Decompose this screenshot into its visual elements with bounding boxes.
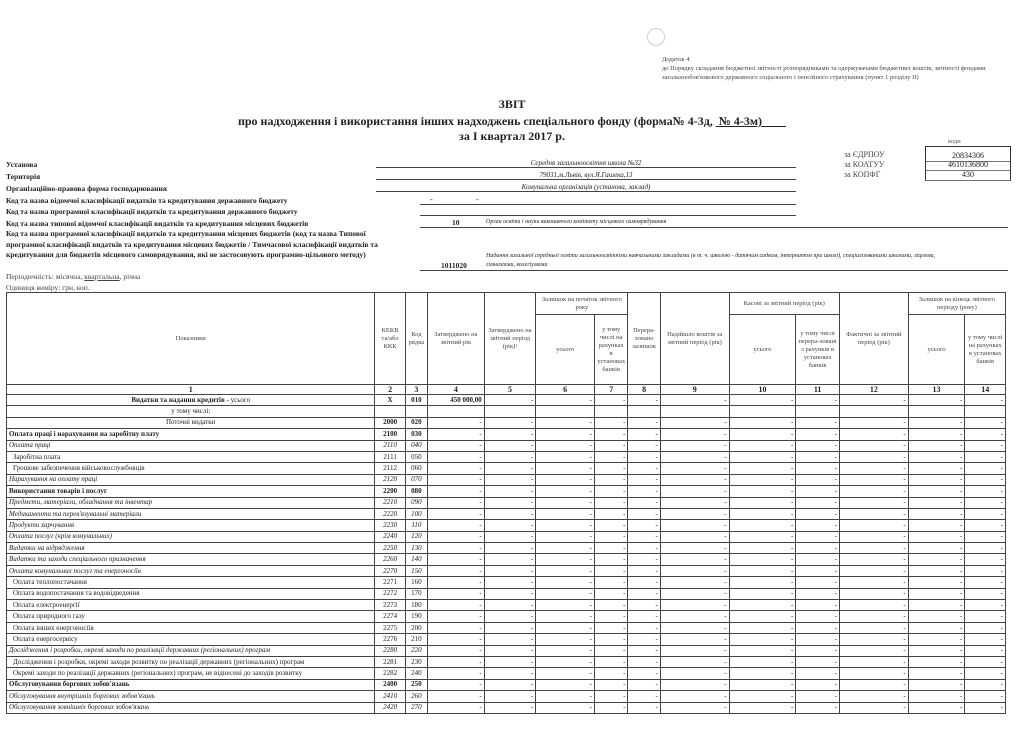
- row-value-col-8: -: [628, 508, 660, 519]
- row-value-col-5: -: [484, 395, 536, 406]
- row-approved-year: -: [428, 554, 485, 565]
- column-number: 3: [405, 385, 427, 395]
- row-value-col-14: -: [965, 656, 1006, 667]
- row-value-col-10: -: [729, 451, 796, 462]
- row-value-col-5: -: [484, 554, 536, 565]
- table-row: Оплата енергосервісу2276210-----------: [7, 634, 1006, 645]
- row-value-col-6: [536, 406, 595, 417]
- row-value-col-11: -: [796, 429, 840, 440]
- row-value-col-10: -: [729, 588, 796, 599]
- row-value-col-8: -: [628, 429, 660, 440]
- row-kekv: 2200: [375, 486, 405, 497]
- row-value-col-5: [484, 406, 536, 417]
- row-value-col-14: -: [965, 486, 1006, 497]
- row-kekv: 2281: [375, 656, 405, 667]
- row-value-col-13: -: [908, 691, 965, 702]
- row-value-col-9: -: [660, 656, 729, 667]
- row-indicator-name: Нарахування на оплату праці: [7, 474, 375, 485]
- row-indicator-name: Видатки на відрядження: [7, 543, 375, 554]
- row-value-col-7: -: [595, 508, 628, 519]
- code-kopfg: за КОПФГ 430: [844, 170, 1009, 180]
- row-value-col-11: -: [796, 588, 840, 599]
- report-subtitle-text: про надходження і використання інших над…: [238, 114, 713, 128]
- row-value-col-11: -: [796, 440, 840, 451]
- row-value-col-11: -: [796, 611, 840, 622]
- row-value-col-12: -: [839, 440, 908, 451]
- row-value-col-7: -: [595, 520, 628, 531]
- row-value-col-6: -: [536, 577, 595, 588]
- codes-box: за ЄДРПОУ 20834306 за КОАТУУ 4610136800 …: [844, 150, 1009, 180]
- row-value-col-9: [660, 406, 729, 417]
- row-value-col-11: -: [796, 645, 840, 656]
- row-approved-year: -: [428, 645, 485, 656]
- row-value-col-13: -: [908, 577, 965, 588]
- row-code: 190: [405, 611, 427, 622]
- row-kekv: 2220: [375, 508, 405, 519]
- row-approved-year: -: [428, 565, 485, 576]
- row-value-col-7: -: [595, 395, 628, 406]
- row-value-col-13: -: [908, 554, 965, 565]
- row-value-col-13: -: [908, 543, 965, 554]
- code-koatuu: за КОАТУУ 4610136800: [844, 160, 1009, 170]
- row-value-col-8: -: [628, 691, 660, 702]
- row-value-col-9: -: [660, 622, 729, 633]
- row-value-col-8: -: [628, 577, 660, 588]
- row-code: 170: [405, 588, 427, 599]
- row-value-col-10: -: [729, 543, 796, 554]
- row-value-col-5: -: [484, 531, 536, 542]
- header-approved-period: Затверджено на звітний період (рік)¹: [484, 293, 536, 385]
- row-value-col-13: -: [908, 531, 965, 542]
- row-value-col-13: [908, 406, 965, 417]
- row-value-col-12: -: [839, 520, 908, 531]
- column-number: 4: [428, 385, 485, 395]
- local-prog-value: Надання загальної середньої освіти загал…: [486, 252, 956, 270]
- column-number: 10: [729, 385, 796, 395]
- row-value-col-14: -: [965, 622, 1006, 633]
- table-row: Обслуговування внутрішніх боргових зобов…: [7, 691, 1006, 702]
- table-row: Поточні видатки2000020-----------: [7, 417, 1006, 428]
- row-value-col-14: -: [965, 474, 1006, 485]
- row-value-col-13: -: [908, 565, 965, 576]
- table-row: у тому числі:: [7, 406, 1006, 417]
- row-kekv: 2274: [375, 611, 405, 622]
- row-value-col-9: -: [660, 543, 729, 554]
- row-value-col-7: -: [595, 679, 628, 690]
- row-value-col-9: -: [660, 645, 729, 656]
- report-period: за І квартал 2017 р.: [0, 129, 1024, 144]
- column-number: 14: [965, 385, 1006, 395]
- territory-label: Територія: [6, 172, 40, 181]
- row-code: 260: [405, 691, 427, 702]
- report-table: Показники КЕКВ та/або ККК Код рядка Затв…: [6, 292, 1006, 714]
- row-value-col-11: -: [796, 543, 840, 554]
- row-value-col-10: -: [729, 440, 796, 451]
- row-kekv: 2282: [375, 668, 405, 679]
- row-value-col-7: -: [595, 600, 628, 611]
- row-value-col-12: -: [839, 702, 908, 713]
- row-value-col-13: -: [908, 679, 965, 690]
- row-indicator-name: Оплата природного газу: [7, 611, 375, 622]
- row-kekv: 2276: [375, 634, 405, 645]
- row-indicator-name: Використання товарів і послуг: [7, 486, 375, 497]
- row-code: 120: [405, 531, 427, 542]
- header-start-total: усього: [536, 315, 595, 385]
- row-code: 070: [405, 474, 427, 485]
- row-code: 150: [405, 565, 427, 576]
- row-indicator-name: у тому числі:: [7, 406, 375, 417]
- row-value-col-5: -: [484, 691, 536, 702]
- row-value-col-7: -: [595, 668, 628, 679]
- row-value-col-5: -: [484, 508, 536, 519]
- row-code: 220: [405, 645, 427, 656]
- row-code: 210: [405, 634, 427, 645]
- row-value-col-10: -: [729, 463, 796, 474]
- row-value-col-9: -: [660, 451, 729, 462]
- row-value-col-14: -: [965, 429, 1006, 440]
- row-kekv: 2100: [375, 429, 405, 440]
- row-value-col-12: -: [839, 577, 908, 588]
- column-number: 13: [908, 385, 965, 395]
- row-approved-year: -: [428, 691, 485, 702]
- row-value-col-12: -: [839, 622, 908, 633]
- row-value-col-9: -: [660, 497, 729, 508]
- row-value-col-7: -: [595, 622, 628, 633]
- row-value-col-11: -: [796, 679, 840, 690]
- row-code: 020: [405, 417, 427, 428]
- row-code: 060: [405, 463, 427, 474]
- table-row: Оплата праці2110040-----------: [7, 440, 1006, 451]
- row-approved-year: -: [428, 451, 485, 462]
- punch-hole-mark: [647, 28, 665, 46]
- row-value-col-14: -: [965, 497, 1006, 508]
- row-value-col-5: -: [484, 588, 536, 599]
- table-row: Дослідження і розробки, окремі заходи ро…: [7, 656, 1006, 667]
- row-approved-year: -: [428, 497, 485, 508]
- row-value-col-7: -: [595, 463, 628, 474]
- row-value-col-6: -: [536, 486, 595, 497]
- row-value-col-10: -: [729, 702, 796, 713]
- row-value-col-5: -: [484, 474, 536, 485]
- row-code: 240: [405, 668, 427, 679]
- row-indicator-name: Продукти харчування: [7, 520, 375, 531]
- row-value-col-6: -: [536, 565, 595, 576]
- row-value-col-6: -: [536, 702, 595, 713]
- row-kekv: X: [375, 395, 405, 406]
- row-value-col-14: -: [965, 463, 1006, 474]
- row-approved-year: -: [428, 679, 485, 690]
- row-value-col-9: -: [660, 679, 729, 690]
- table-row: Видатки та надання кредитів - усьогоX010…: [7, 395, 1006, 406]
- row-value-col-6: -: [536, 611, 595, 622]
- row-value-col-5: -: [484, 451, 536, 462]
- row-value-col-12: -: [839, 588, 908, 599]
- row-value-col-14: -: [965, 600, 1006, 611]
- row-value-col-10: -: [729, 508, 796, 519]
- row-value-col-14: -: [965, 577, 1006, 588]
- column-number: 8: [628, 385, 660, 395]
- row-value-col-5: -: [484, 543, 536, 554]
- row-approved-year: -: [428, 429, 485, 440]
- column-number: 7: [595, 385, 628, 395]
- row-indicator-name: Оплата комунальних послуг та енергоносії…: [7, 565, 375, 576]
- row-value-col-11: -: [796, 520, 840, 531]
- row-indicator-name: Оплата електроенергії: [7, 600, 375, 611]
- row-value-col-14: -: [965, 395, 1006, 406]
- row-indicator-name: Оплата енергосервісу: [7, 634, 375, 645]
- row-value-col-8: -: [628, 588, 660, 599]
- row-indicator-name: Медикаменти та перев'язувальні матеріали: [7, 508, 375, 519]
- row-value-col-10: -: [729, 565, 796, 576]
- row-approved-year: -: [428, 622, 485, 633]
- row-value-col-8: -: [628, 702, 660, 713]
- column-number: 11: [796, 385, 840, 395]
- row-value-col-12: -: [839, 395, 908, 406]
- row-value-col-8: -: [628, 395, 660, 406]
- row-value-col-8: -: [628, 531, 660, 542]
- row-value-col-8: -: [628, 634, 660, 645]
- row-value-col-10: -: [729, 429, 796, 440]
- header-kekv: КЕКВ та/або ККК: [375, 293, 405, 385]
- row-approved-year: -: [428, 611, 485, 622]
- row-indicator-name: Оплата праці: [7, 440, 375, 451]
- row-value-col-14: -: [965, 691, 1006, 702]
- row-value-col-7: -: [595, 497, 628, 508]
- row-value-col-13: -: [908, 622, 965, 633]
- column-number: 9: [660, 385, 729, 395]
- row-value-col-9: -: [660, 463, 729, 474]
- row-value-col-11: -: [796, 600, 840, 611]
- row-indicator-name: Обслуговування внутрішніх боргових зобов…: [7, 691, 375, 702]
- row-value-col-8: -: [628, 463, 660, 474]
- row-value-col-7: -: [595, 531, 628, 542]
- table-row: Видатки на відрядження2250130-----------: [7, 543, 1006, 554]
- row-value-col-9: -: [660, 691, 729, 702]
- local-prog-underline: [420, 270, 1008, 271]
- row-value-col-8: -: [628, 668, 660, 679]
- row-value-col-5: -: [484, 486, 536, 497]
- row-kekv: 2230: [375, 520, 405, 531]
- row-kekv: 2410: [375, 691, 405, 702]
- row-value-col-10: -: [729, 520, 796, 531]
- row-value-col-12: -: [839, 508, 908, 519]
- row-value-col-10: -: [729, 486, 796, 497]
- row-value-col-13: -: [908, 611, 965, 622]
- row-approved-year: -: [428, 634, 485, 645]
- table-row: Дослідження і розробки, окремі заходи по…: [7, 645, 1006, 656]
- row-value-col-11: -: [796, 691, 840, 702]
- row-value-col-11: -: [796, 395, 840, 406]
- row-approved-year: -: [428, 417, 485, 428]
- row-value-col-14: -: [965, 440, 1006, 451]
- row-value-col-11: -: [796, 508, 840, 519]
- row-value-col-6: -: [536, 474, 595, 485]
- row-approved-year: 450 000,00: [428, 395, 485, 406]
- row-value-col-7: -: [595, 702, 628, 713]
- row-value-col-5: -: [484, 622, 536, 633]
- row-value-col-9: -: [660, 634, 729, 645]
- row-value-col-14: -: [965, 543, 1006, 554]
- row-value-col-11: -: [796, 577, 840, 588]
- row-value-col-9: -: [660, 440, 729, 451]
- row-value-col-14: -: [965, 565, 1006, 576]
- row-value-col-12: -: [839, 486, 908, 497]
- row-value-col-12: -: [839, 691, 908, 702]
- row-value-col-10: -: [729, 634, 796, 645]
- table-row: Оплата теплопостачання2271160-----------: [7, 577, 1006, 588]
- row-value-col-9: -: [660, 554, 729, 565]
- row-value-col-13: -: [908, 600, 965, 611]
- row-value-col-7: -: [595, 440, 628, 451]
- row-value-col-11: -: [796, 531, 840, 542]
- row-value-col-8: -: [628, 451, 660, 462]
- row-value-col-7: -: [595, 691, 628, 702]
- prog-class-label: Код та назва програмної класифікації вид…: [6, 207, 298, 216]
- table-row: Оплата природного газу2274190-----------: [7, 611, 1006, 622]
- row-value-col-13: -: [908, 588, 965, 599]
- row-value-col-6: -: [536, 634, 595, 645]
- row-value-col-8: -: [628, 611, 660, 622]
- row-value-col-12: -: [839, 656, 908, 667]
- row-value-col-12: -: [839, 543, 908, 554]
- row-value-col-6: -: [536, 691, 595, 702]
- row-approved-year: -: [428, 702, 485, 713]
- row-value-col-11: -: [796, 451, 840, 462]
- row-value-col-11: -: [796, 668, 840, 679]
- header-actual: Фактичні за звітний період (рік): [839, 293, 908, 385]
- periodicity-selected: квартальна: [84, 272, 119, 281]
- row-value-col-13: -: [908, 634, 965, 645]
- row-kekv: 2400: [375, 679, 405, 690]
- row-value-col-8: -: [628, 645, 660, 656]
- row-value-col-5: -: [484, 520, 536, 531]
- row-code: 040: [405, 440, 427, 451]
- row-value-col-5: -: [484, 577, 536, 588]
- row-value-col-13: -: [908, 474, 965, 485]
- row-value-col-9: -: [660, 508, 729, 519]
- row-code: 030: [405, 429, 427, 440]
- row-value-col-9: -: [660, 395, 729, 406]
- table-row: Окремі заходи по реалізації державних (р…: [7, 668, 1006, 679]
- row-kekv: 2110: [375, 440, 405, 451]
- row-value-col-13: -: [908, 486, 965, 497]
- row-indicator-name: Оплата послуг (крім комунальних): [7, 531, 375, 542]
- row-value-col-8: -: [628, 440, 660, 451]
- legal-form-label: Організаційно-правова форма господарюван…: [6, 184, 167, 193]
- row-value-col-7: -: [595, 577, 628, 588]
- row-value-col-10: -: [729, 497, 796, 508]
- row-indicator-name: Грошове забезпечення військовослужбовців: [7, 463, 375, 474]
- row-value-col-6: -: [536, 600, 595, 611]
- row-approved-year: -: [428, 440, 485, 451]
- row-approved-year: -: [428, 520, 485, 531]
- row-indicator-name: Обслуговування боргових зобов'язань: [7, 679, 375, 690]
- row-value-col-6: -: [536, 429, 595, 440]
- row-value-col-9: -: [660, 588, 729, 599]
- table-row: Продукти харчування2230110-----------: [7, 520, 1006, 531]
- row-indicator-name: Поточні видатки: [7, 417, 375, 428]
- row-value-col-5: -: [484, 679, 536, 690]
- row-value-col-8: -: [628, 679, 660, 690]
- row-value-col-14: -: [965, 702, 1006, 713]
- row-value-col-13: -: [908, 417, 965, 428]
- row-value-col-8: -: [628, 543, 660, 554]
- row-kekv: 2275: [375, 622, 405, 633]
- row-value-col-9: -: [660, 520, 729, 531]
- table-row: Видатки та заходи спеціального призначен…: [7, 554, 1006, 565]
- row-value-col-10: -: [729, 679, 796, 690]
- row-code: 080: [405, 486, 427, 497]
- row-indicator-name: Оплата водопостачання та водовідведення: [7, 588, 375, 599]
- column-numbers-row: 1234567891011121314: [7, 385, 1006, 395]
- row-value-col-13: -: [908, 440, 965, 451]
- table-row: Оплата послуг (крім комунальних)2240120-…: [7, 531, 1006, 542]
- row-value-col-6: -: [536, 531, 595, 542]
- annex-text: до Порядку складання бюджетної звітності…: [662, 64, 1012, 82]
- header-transferred: Перера-ховано залишок: [628, 293, 660, 385]
- local-prog-code: 1011020: [441, 261, 467, 270]
- row-approved-year: -: [428, 486, 485, 497]
- row-value-col-5: -: [484, 702, 536, 713]
- row-value-col-12: -: [839, 497, 908, 508]
- row-code: 100: [405, 508, 427, 519]
- table-row: Оплата комунальних послуг та енергоносії…: [7, 565, 1006, 576]
- row-indicator-name: Заробітна плата: [7, 451, 375, 462]
- row-value-col-11: [796, 406, 840, 417]
- territory-value: 79031,м.Львів, вул.Я.Гашека,13: [376, 171, 796, 180]
- row-value-col-14: -: [965, 520, 1006, 531]
- row-value-col-6: -: [536, 451, 595, 462]
- header-balance-start: Залишок на початок звітного року: [536, 293, 628, 315]
- row-value-col-6: -: [536, 679, 595, 690]
- row-approved-year: -: [428, 668, 485, 679]
- row-value-col-12: -: [839, 611, 908, 622]
- row-code: 180: [405, 600, 427, 611]
- row-indicator-name: Предмети, матеріали, обладнання та інвен…: [7, 497, 375, 508]
- row-approved-year: -: [428, 600, 485, 611]
- row-value-col-5: -: [484, 497, 536, 508]
- row-kekv: 2260: [375, 554, 405, 565]
- report-title: ЗВІТ: [0, 97, 1024, 112]
- row-value-col-8: -: [628, 565, 660, 576]
- code-edrpou: за ЄДРПОУ 20834306: [844, 150, 1009, 160]
- row-value-col-14: [965, 406, 1006, 417]
- row-code: [405, 406, 427, 417]
- row-kekv: 2210: [375, 497, 405, 508]
- row-kekv: 2270: [375, 565, 405, 576]
- row-approved-year: -: [428, 543, 485, 554]
- dept-class-label: Код та назва відомчої класифікації видат…: [6, 196, 288, 205]
- row-value-col-6: -: [536, 668, 595, 679]
- row-value-col-5: -: [484, 645, 536, 656]
- header-approved-year: Затверджено на звітний рік: [428, 293, 485, 385]
- periodicity: Періодичність: місячна, квартальна, річн…: [6, 272, 140, 281]
- annex-title: Додаток 4: [662, 55, 1012, 64]
- table-row: Оплата водопостачання та водовідведення2…: [7, 588, 1006, 599]
- row-value-col-7: -: [595, 634, 628, 645]
- row-value-col-7: -: [595, 543, 628, 554]
- row-kekv: 2250: [375, 543, 405, 554]
- row-value-col-12: -: [839, 417, 908, 428]
- row-value-col-9: -: [660, 611, 729, 622]
- row-value-col-11: -: [796, 565, 840, 576]
- row-value-col-13: -: [908, 645, 965, 656]
- row-value-col-14: -: [965, 554, 1006, 565]
- row-value-col-14: -: [965, 531, 1006, 542]
- table-row: Використання товарів і послуг2200080----…: [7, 486, 1006, 497]
- row-value-col-13: -: [908, 508, 965, 519]
- table-row: Обслуговування зовнішніх боргових зобов'…: [7, 702, 1006, 713]
